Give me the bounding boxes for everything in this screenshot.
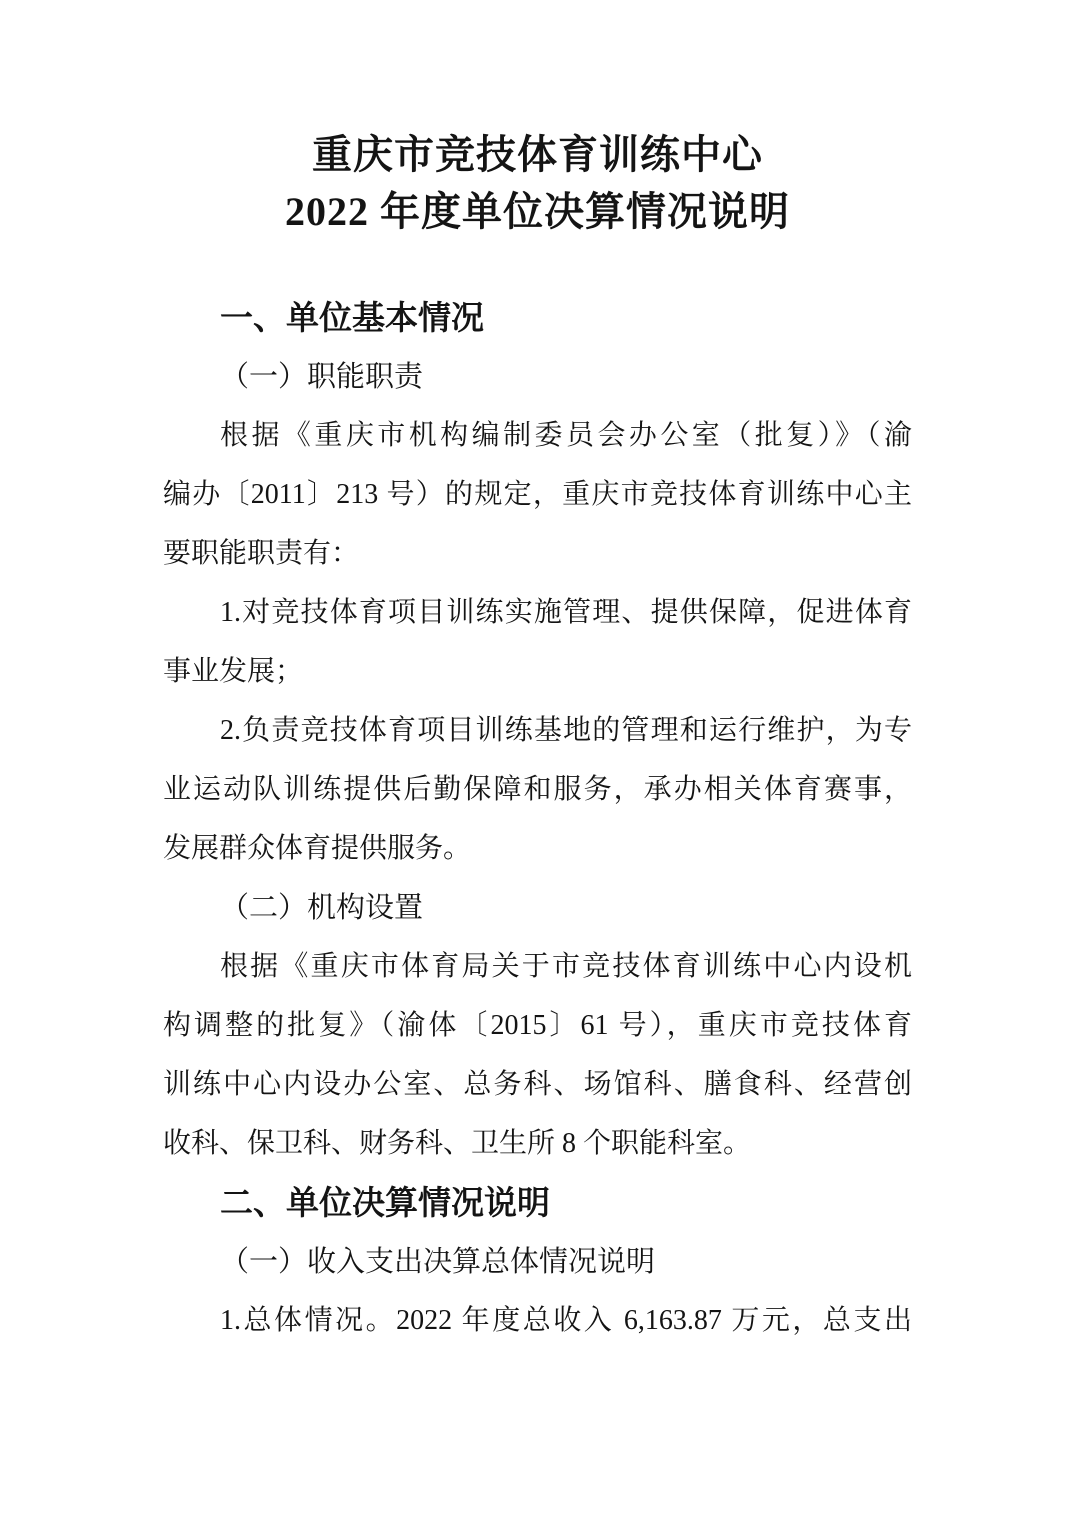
paragraph-line: 事业发展；: [163, 652, 912, 694]
subsection-heading-1-1: （一）职能职责: [163, 357, 912, 399]
section-heading-1: 一、单位基本情况: [163, 298, 912, 340]
paragraph-line: 编办〔2011〕213 号）的规定，重庆市竞技体育训练中心主: [163, 475, 912, 517]
document-title-line-1: 重庆市竞技体育训练中心: [0, 130, 1075, 180]
document-title-line-2: 2022 年度单位决算情况说明: [0, 187, 1075, 237]
subsection-heading-1-2: （二）机构设置: [163, 888, 912, 930]
section-heading-2: 二、单位决算情况说明: [163, 1183, 912, 1225]
paragraph-line: 2.负责竞技体育项目训练基地的管理和运行维护，为专: [163, 711, 912, 753]
paragraph-line: 1.对竞技体育项目训练实施管理、提供保障，促进体育: [163, 593, 912, 635]
paragraph-line: 发展群众体育提供服务。: [163, 829, 912, 871]
paragraph-line: 根据《重庆市体育局关于市竞技体育训练中心内设机: [163, 947, 912, 989]
document-page: 重庆市竞技体育训练中心 2022 年度单位决算情况说明 一、单位基本情况 （一）…: [0, 0, 1075, 1520]
paragraph-line: 要职能职责有：: [163, 534, 912, 576]
paragraph-line: 根据《重庆市机构编制委员会办公室（批复）》（渝: [163, 416, 912, 458]
paragraph-line: 业运动队训练提供后勤保障和服务，承办相关体育赛事，: [163, 770, 912, 812]
paragraph-line: 训练中心内设办公室、总务科、场馆科、膳食科、经营创: [163, 1065, 912, 1107]
subsection-heading-2-1: （一）收入支出决算总体情况说明: [163, 1242, 912, 1284]
paragraph-line: 构调整的批复》（渝体〔2015〕61 号），重庆市竞技体育: [163, 1006, 912, 1048]
paragraph-line: 1.总体情况。2022 年度总收入 6,163.87 万元，总支出: [163, 1301, 912, 1343]
paragraph-line: 收科、保卫科、财务科、卫生所 8 个职能科室。: [163, 1124, 912, 1166]
